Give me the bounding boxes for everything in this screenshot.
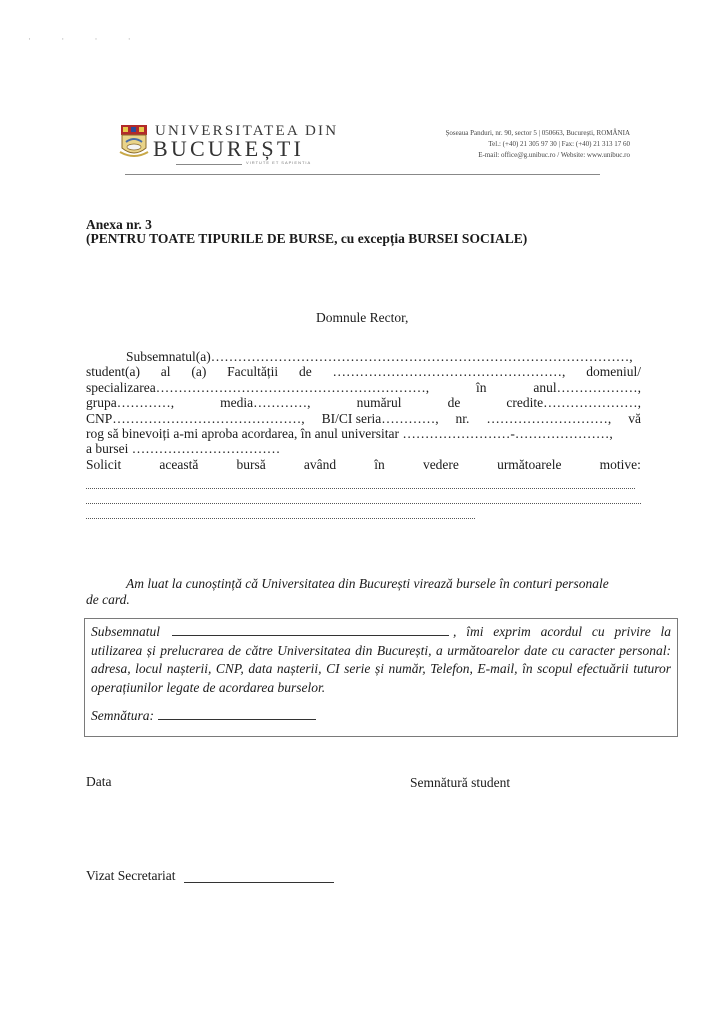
form-text[interactable]: ………………………,	[486, 411, 611, 426]
form-line: grupa…………,media…………,număruldecredite……………	[86, 395, 641, 410]
header-divider	[125, 174, 600, 175]
form-text[interactable]: ……………………………………………,	[333, 364, 566, 379]
notice-line-2: de card.	[86, 592, 646, 608]
annex-subtitle: (PENTRU TOATE TIPURILE DE BURSE, cu exce…	[86, 231, 527, 247]
form-lines: Subsemnatul(a)………………………………………………………………………	[86, 349, 641, 472]
form-text: această	[159, 457, 198, 472]
consent-prefix: Subsemnatul	[91, 624, 160, 639]
consent-signature-field[interactable]	[158, 707, 316, 720]
email-website-line: E-mail: office@g.unibuc.ro / Website: ww…	[478, 151, 630, 159]
motive-lines	[86, 474, 641, 519]
form-text: domeniul/	[586, 364, 641, 379]
form-text[interactable]: anul………………,	[533, 380, 641, 395]
form-text[interactable]: Subsemnatul(a)………………………………………………………………………	[126, 349, 633, 364]
form-text: al	[161, 364, 171, 379]
form-text: (a)	[191, 364, 206, 379]
form-text: următoarele	[497, 457, 561, 472]
form-text[interactable]: specializarea……………………………………………………,	[86, 380, 429, 395]
student-signature-label: Semnătură student	[410, 775, 510, 791]
form-text: având	[304, 457, 336, 472]
form-text: bursă	[237, 457, 266, 472]
form-text: în	[374, 457, 385, 472]
form-line: Subsemnatul(a)………………………………………………………………………	[86, 349, 641, 364]
motive-field[interactable]	[86, 504, 475, 519]
motive-field[interactable]	[86, 489, 641, 504]
form-text: Facultății	[227, 364, 278, 379]
form-text[interactable]: grupa…………,	[86, 395, 174, 410]
form-text[interactable]: media…………,	[220, 395, 310, 410]
university-crest-icon	[119, 124, 149, 160]
scan-specks: · · · ·	[28, 34, 145, 44]
salutation: Domnule Rector,	[316, 310, 408, 326]
consent-text: Subsemnatul, îmi exprim acordul cu privi…	[91, 623, 671, 697]
consent-signature-label: Semnătura:	[91, 708, 154, 723]
form-line: Solicitaceastăbursăavândînvedereurmătoar…	[86, 457, 641, 472]
form-text: de	[448, 395, 461, 410]
form-line: CNP……………………………………,BI/CI seria…………,nr.…………	[86, 411, 641, 426]
motive-field[interactable]	[86, 474, 635, 489]
form-text: vedere	[423, 457, 459, 472]
form-text[interactable]: a bursei ……………………………	[86, 441, 280, 456]
secretariat-signature-field[interactable]	[184, 882, 334, 883]
form-line: rog să binevoiți a-mi aproba acordarea, …	[86, 426, 641, 441]
university-motto: VIRTUTE ET SAPIENTIA	[246, 160, 311, 165]
form-text: de	[299, 364, 312, 379]
form-text: Solicit	[86, 457, 121, 472]
motto-rule	[176, 164, 242, 165]
form-text: numărul	[357, 395, 402, 410]
form-text[interactable]: rog să binevoiți a-mi aproba acordarea, …	[86, 426, 613, 441]
secretariat-approval-label: Vizat Secretariat	[86, 868, 176, 884]
form-line: specializarea……………………………………………………,înanul…	[86, 380, 641, 395]
form-line: student(a)al(a)Facultățiide……………………………………	[86, 364, 641, 379]
date-label: Data	[86, 774, 111, 790]
form-text: în	[476, 380, 487, 395]
gdpr-consent-box: Subsemnatul, îmi exprim acordul cu privi…	[84, 618, 678, 737]
form-text[interactable]: BI/CI seria…………,	[322, 411, 439, 426]
form-text[interactable]: CNP……………………………………,	[86, 411, 305, 426]
form-text[interactable]: credite…………………,	[506, 395, 641, 410]
notice-line-1: Am luat la cunoștință că Universitatea d…	[86, 576, 646, 592]
form-text: student(a)	[86, 364, 140, 379]
university-name-line2: BUCUREȘTI	[153, 136, 304, 162]
application-form-body: Subsemnatul(a)………………………………………………………………………	[86, 349, 641, 519]
consent-name-field[interactable]	[172, 623, 449, 636]
bank-card-notice: Am luat la cunoștință că Universitatea d…	[86, 576, 646, 608]
form-text: vă	[628, 411, 641, 426]
form-text: nr.	[456, 411, 470, 426]
address-line: Șoseaua Panduri, nr. 90, sector 5 | 0506…	[445, 129, 630, 137]
phone-fax-line: Tel.: (+40) 21 305 97 30 | Fax: (+40) 21…	[488, 140, 630, 148]
form-line: a bursei ……………………………	[86, 441, 641, 456]
consent-signature-row: Semnătura:	[91, 707, 671, 726]
form-text: motive:	[600, 457, 641, 472]
